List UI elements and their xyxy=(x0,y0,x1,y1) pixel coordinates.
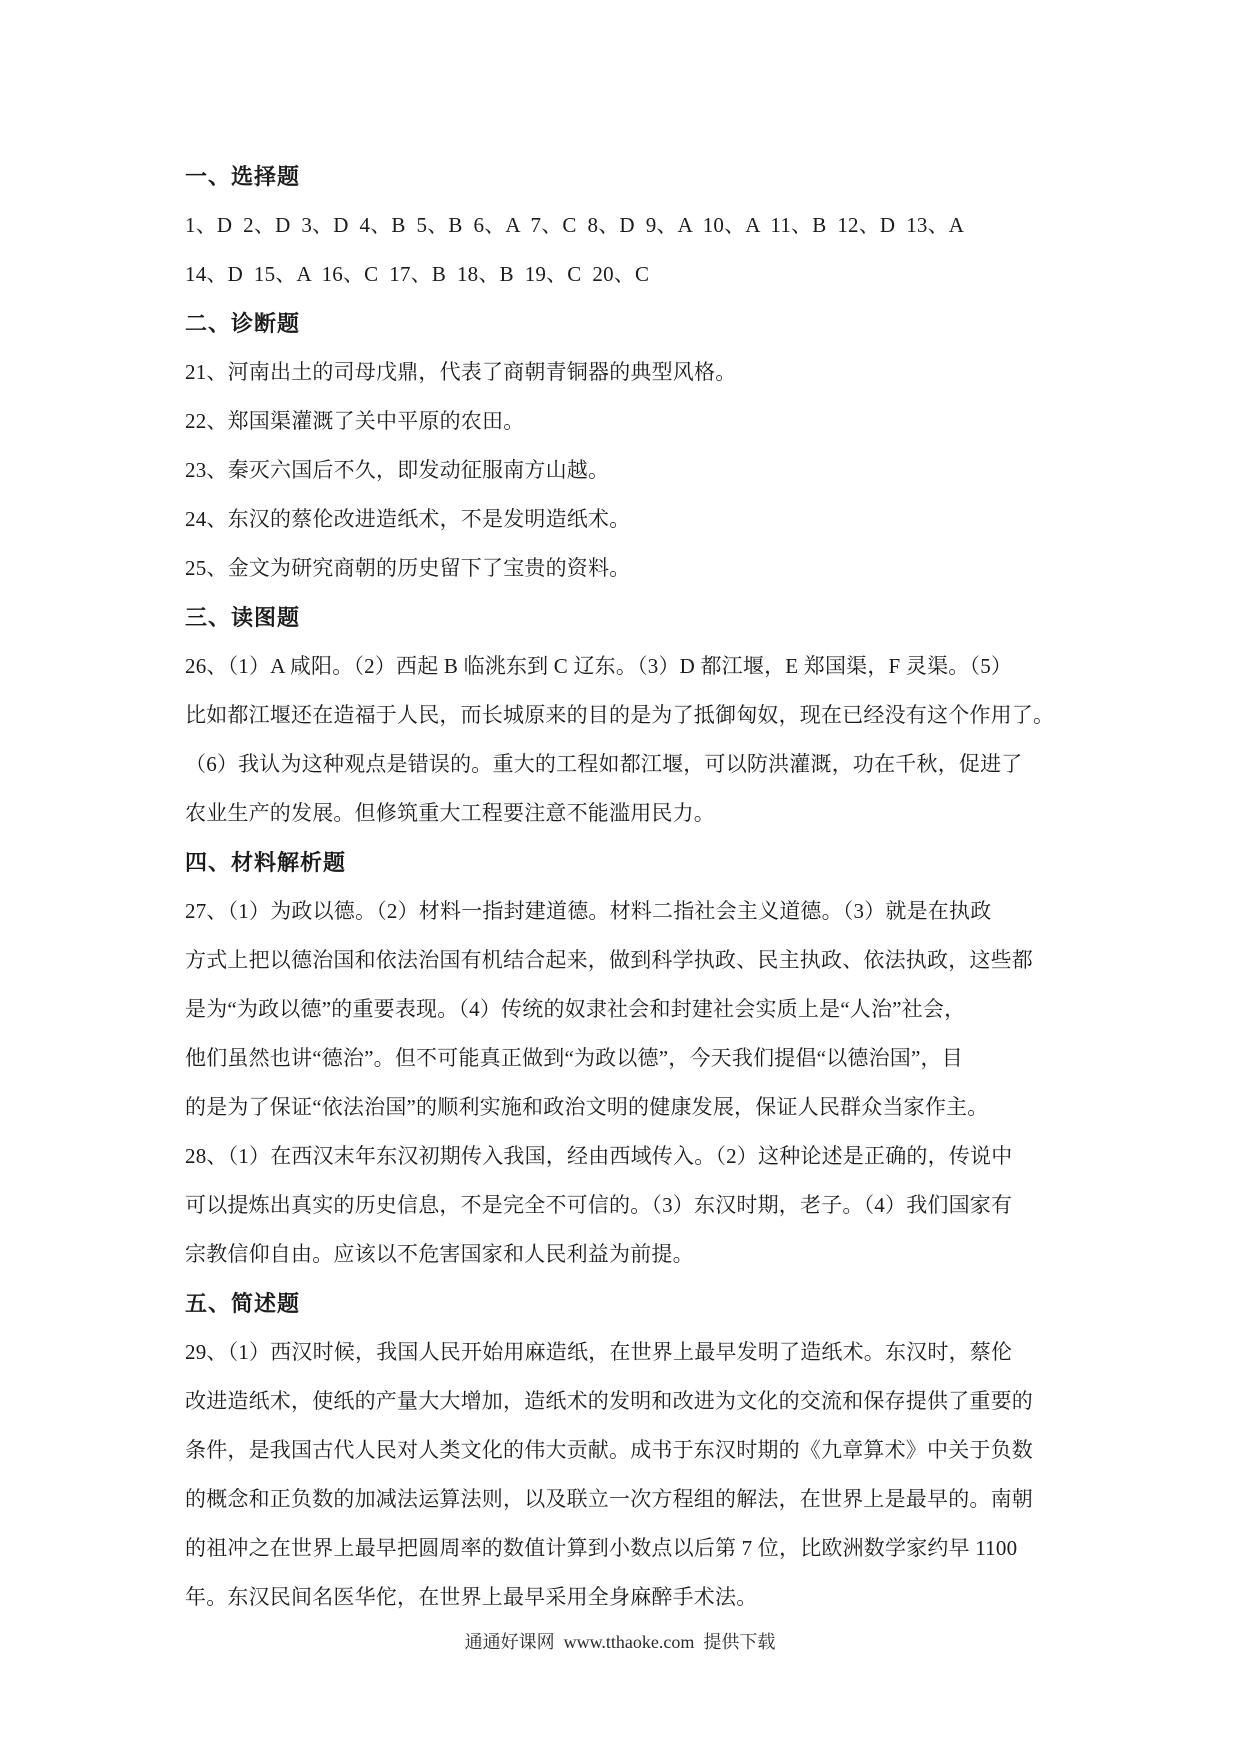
section-heading: 二、诊断题 xyxy=(185,299,1069,348)
answer-line: 的是为了保证“依法治国”的顺利实施和政治文明的健康发展，保证人民群众当家作主。 xyxy=(185,1083,1069,1132)
answer-line: 29、（1）西汉时候，我国人民开始用麻造纸，在世界上最早发明了造纸术。东汉时，蔡… xyxy=(185,1328,1069,1377)
answer-line: 26、（1）A 咸阳。（2）西起 B 临洮东到 C 辽东。（3）D 都江堰，E … xyxy=(185,642,1069,691)
answer-line: 可以提炼出真实的历史信息，不是完全不可信的。（3）东汉时期，老子。（4）我们国家… xyxy=(185,1181,1069,1230)
answer-line: 23、秦灭六国后不久，即发动征服南方山越。 xyxy=(185,446,1069,495)
section-map-reading: 三、读图题 26、（1）A 咸阳。（2）西起 B 临洮东到 C 辽东。（3）D … xyxy=(185,593,1069,838)
answer-line: （6）我认为这种观点是错误的。重大的工程如都江堰，可以防洪灌溉，功在千秋，促进了 xyxy=(185,740,1069,789)
document-content: 一、选择题 1、D 2、D 3、D 4、B 5、B 6、A 7、C 8、D 9、… xyxy=(185,152,1069,1622)
answer-line: 宗教信仰自由。应该以不危害国家和人民利益为前提。 xyxy=(185,1230,1069,1279)
answer-line: 改进造纸术，使纸的产量大大增加，造纸术的发明和改进为文化的交流和保存提供了重要的 xyxy=(185,1377,1069,1426)
answer-line: 方式上把以德治国和依法治国有机结合起来，做到科学执政、民主执政、依法执政，这些都 xyxy=(185,936,1069,985)
answer-line: 的祖冲之在世界上最早把圆周率的数值计算到小数点以后第 7 位，比欧洲数学家约早 … xyxy=(185,1524,1069,1573)
answer-line: 的概念和正负数的加减法运算法则，以及联立一次方程组的解法，在世界上是最早的。南朝 xyxy=(185,1475,1069,1524)
section-material-analysis: 四、材料解析题 27、（1）为政以德。（2）材料一指封建道德。材料二指社会主义道… xyxy=(185,838,1069,1279)
section-heading: 四、材料解析题 xyxy=(185,838,1069,887)
section-diagnosis: 二、诊断题 21、河南出土的司母戊鼎，代表了商朝青铜器的典型风格。 22、郑国渠… xyxy=(185,299,1069,593)
answer-line: 28、（1）在西汉末年东汉初期传入我国，经由西域传入。（2）这种论述是正确的，传… xyxy=(185,1132,1069,1181)
answer-line: 14、D 15、A 16、C 17、B 18、B 19、C 20、C xyxy=(185,250,1069,299)
answer-line: 22、郑国渠灌溉了关中平原的农田。 xyxy=(185,397,1069,446)
answer-line: 他们虽然也讲“德治”。但不可能真正做到“为政以德”，今天我们提倡“以德治国”，目 xyxy=(185,1034,1069,1083)
answer-line: 27、（1）为政以德。（2）材料一指封建道德。材料二指社会主义道德。（3）就是在… xyxy=(185,887,1069,936)
answer-line: 24、东汉的蔡伦改进造纸术，不是发明造纸术。 xyxy=(185,495,1069,544)
section-brief-answers: 五、简述题 29、（1）西汉时候，我国人民开始用麻造纸，在世界上最早发明了造纸术… xyxy=(185,1279,1069,1622)
section-heading: 一、选择题 xyxy=(185,152,1069,201)
answer-line: 条件，是我国古代人民对人类文化的伟大贡献。成书于东汉时期的《九章算术》中关于负数 xyxy=(185,1426,1069,1475)
footer-watermark: 通通好课网 www.tthaoke.com 提供下载 xyxy=(0,1618,1240,1667)
answer-line: 25、金文为研究商朝的历史留下了宝贵的资料。 xyxy=(185,544,1069,593)
section-heading: 三、读图题 xyxy=(185,593,1069,642)
section-heading: 五、简述题 xyxy=(185,1279,1069,1328)
answer-line: 21、河南出土的司母戊鼎，代表了商朝青铜器的典型风格。 xyxy=(185,348,1069,397)
section-multiple-choice: 一、选择题 1、D 2、D 3、D 4、B 5、B 6、A 7、C 8、D 9、… xyxy=(185,152,1069,299)
answer-line: 农业生产的发展。但修筑重大工程要注意不能滥用民力。 xyxy=(185,789,1069,838)
answer-line: 比如都江堰还在造福于人民，而长城原来的目的是为了抵御匈奴，现在已经没有这个作用了… xyxy=(185,691,1069,740)
answer-line: 是为“为政以德”的重要表现。（4）传统的奴隶社会和封建社会实质上是“人治”社会， xyxy=(185,985,1069,1034)
answer-line: 1、D 2、D 3、D 4、B 5、B 6、A 7、C 8、D 9、A 10、A… xyxy=(185,201,1069,250)
document-page: 一、选择题 1、D 2、D 3、D 4、B 5、B 6、A 7、C 8、D 9、… xyxy=(0,0,1240,1754)
answer-line: 年。东汉民间名医华佗，在世界上最早采用全身麻醉手术法。 xyxy=(185,1573,1069,1622)
